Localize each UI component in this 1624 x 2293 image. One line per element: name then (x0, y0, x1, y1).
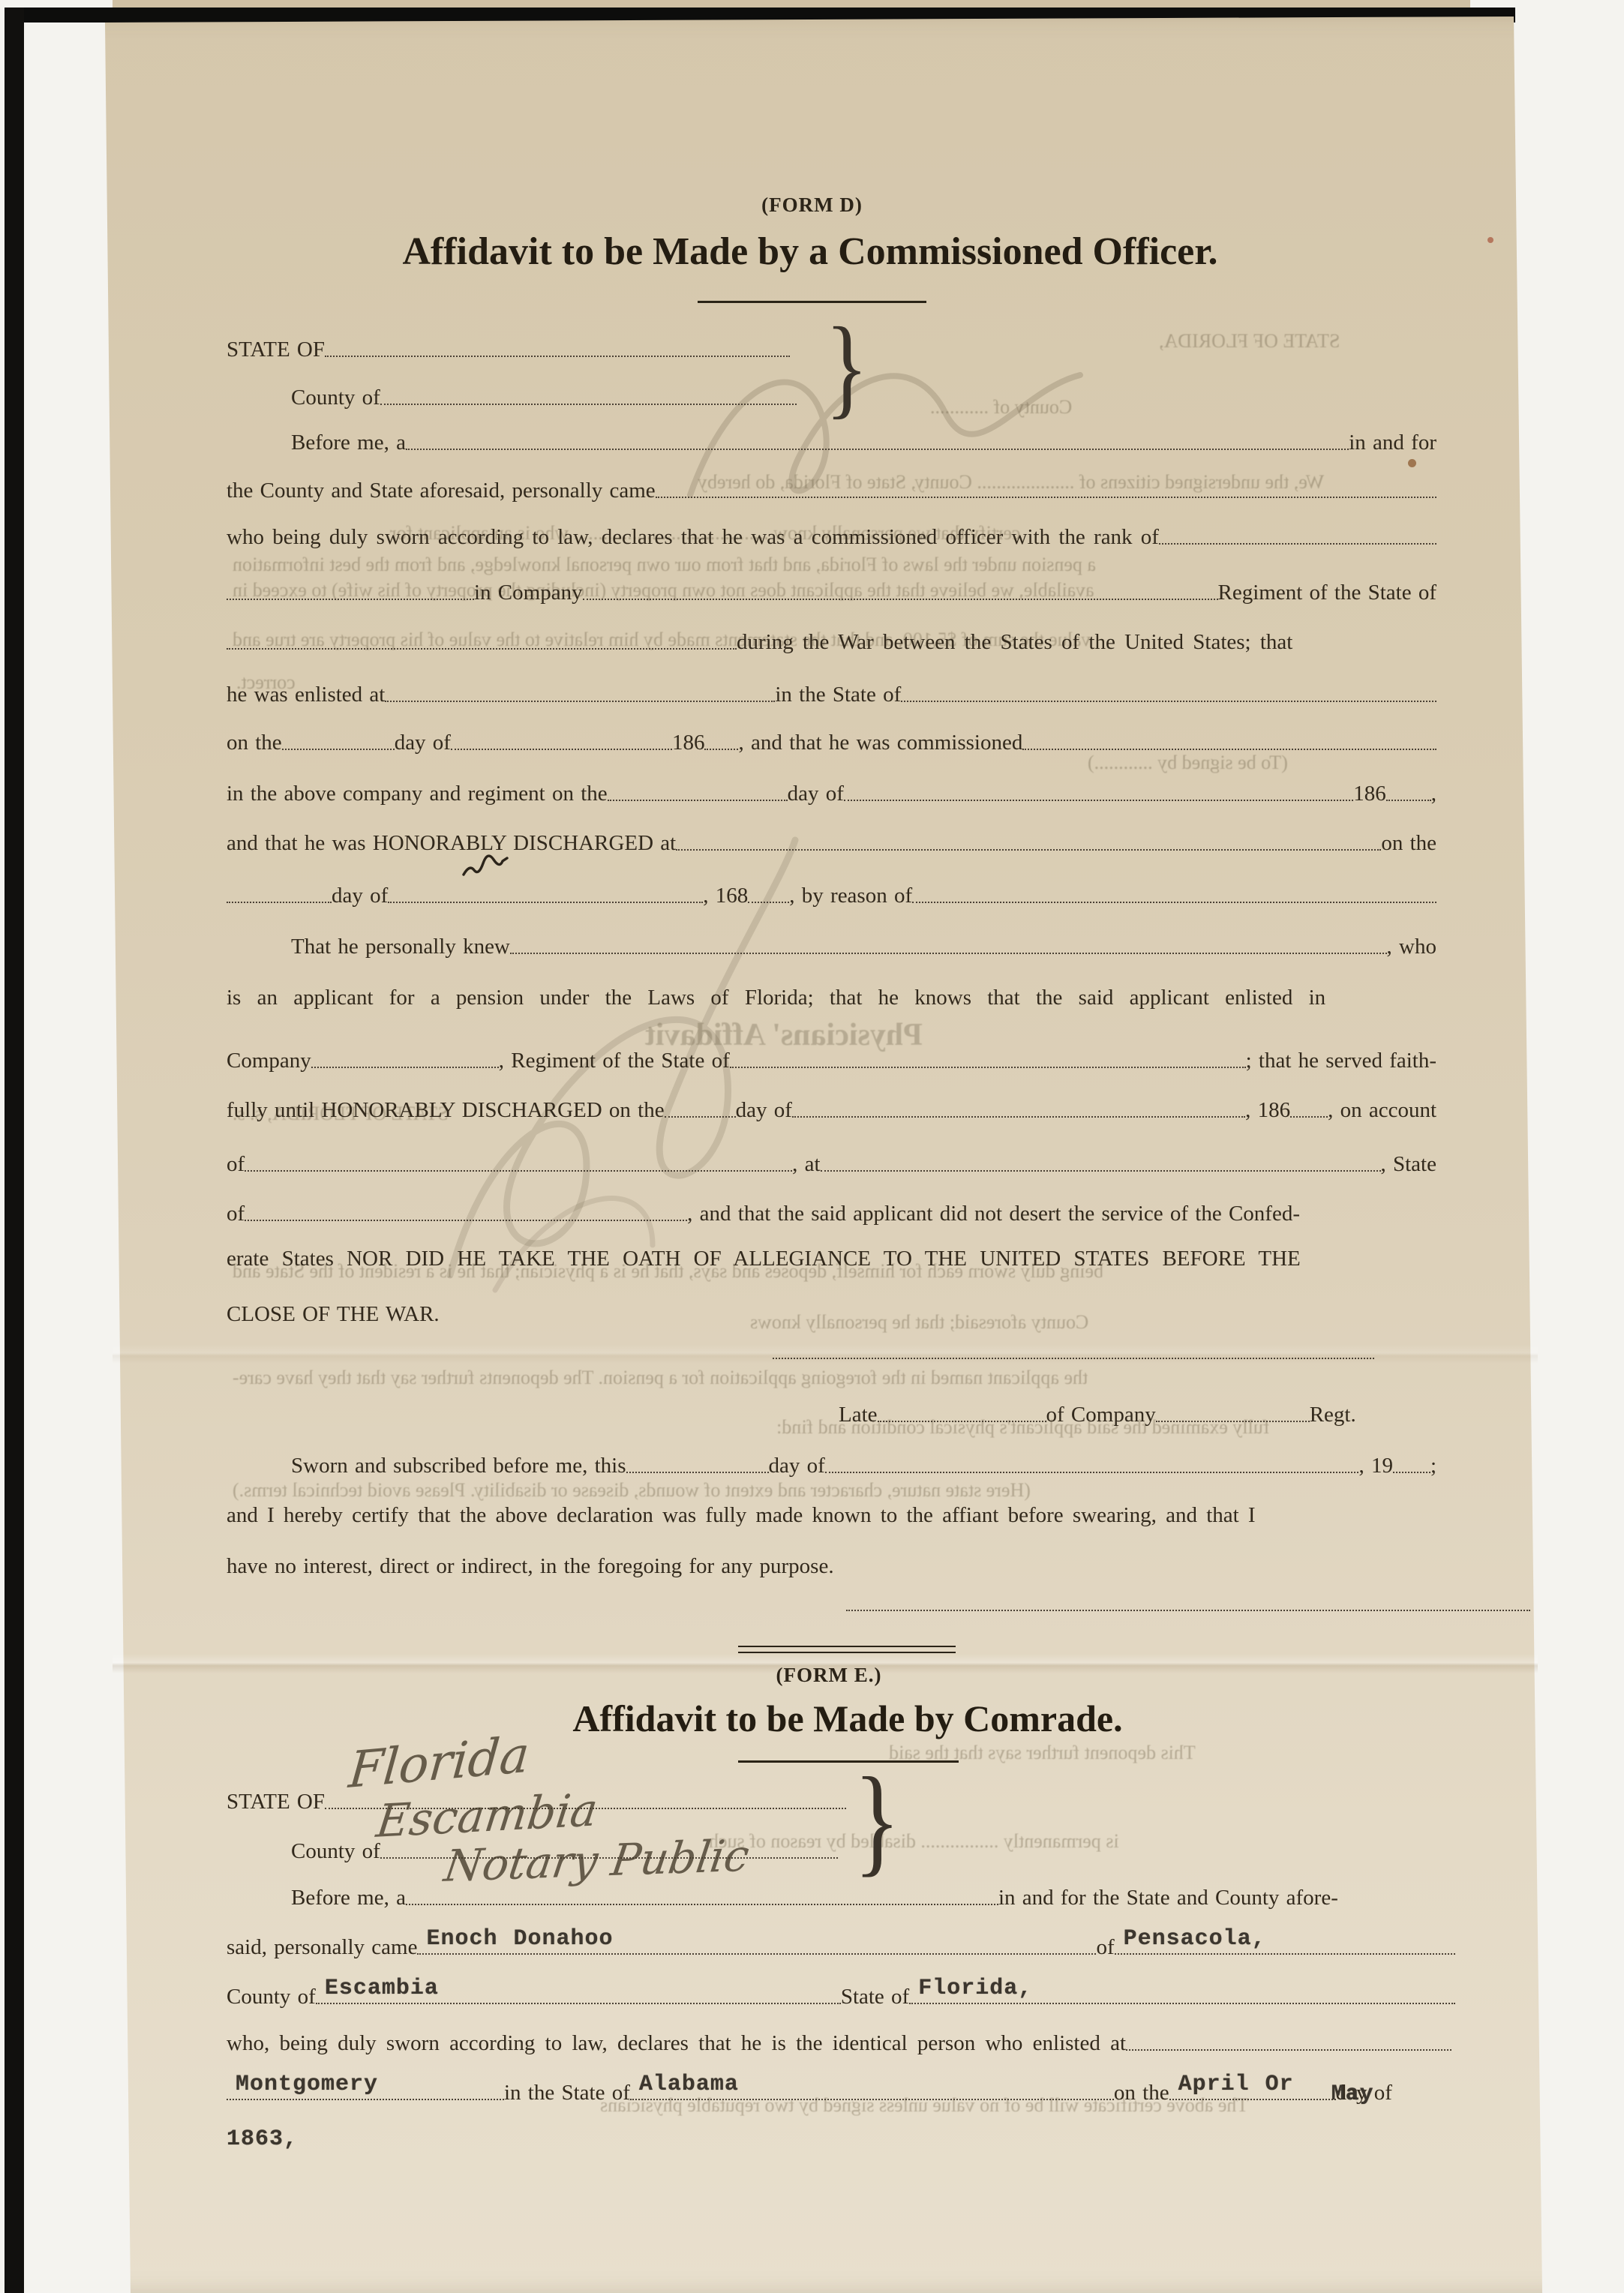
printed-text: and that he was HONORABLY DISCHARGED at (227, 831, 676, 856)
dotted-blank-line (1386, 791, 1431, 801)
printed-text: , and that the said applicant did not de… (687, 1202, 1300, 1226)
dotted-blank-line (227, 590, 474, 600)
paper-stain (1408, 459, 1416, 467)
typewritten-entry: Escambia (325, 1976, 439, 2001)
bleedthrough-text: a pension under the laws of Florida, and… (233, 554, 1096, 576)
dotted-blank-line: Florida, (909, 1994, 1455, 2004)
form-d-title: Affidavit to be Made by a Commissioned O… (0, 230, 1620, 274)
ink-squiggle-mark (462, 854, 510, 879)
form-e-title: Affidavit to be Made by Comrade. (0, 1697, 1624, 1740)
form-line: and that he was HONORABLY DISCHARGED ato… (227, 826, 1436, 856)
dotted-blank-line (583, 590, 1218, 600)
dotted-blank-line (406, 440, 1349, 450)
dotted-blank-line (912, 893, 1436, 903)
printed-text: on the (1114, 2081, 1169, 2105)
printed-text: fully until HONORABLY DISCHARGED on the (227, 1098, 665, 1123)
typewritten-entry-overlap: May (1331, 2081, 1374, 2107)
dotted-blank-line (510, 944, 1387, 954)
typewritten-entry: Pensacola, (1124, 1926, 1266, 1952)
printed-text: , (1431, 782, 1436, 806)
printed-text: on the (1381, 831, 1436, 856)
form-line: Lateof CompanyRegt. (839, 1397, 1356, 1427)
printed-text: in and for (1349, 431, 1436, 455)
brace-form-e: } (854, 1750, 900, 1891)
dotted-blank-line (773, 1349, 1374, 1359)
form-line: and I hereby certify that the above decl… (227, 1498, 1436, 1528)
dotted-blank-line (451, 740, 672, 750)
printed-text: day of (736, 1098, 792, 1123)
printed-text: Sworn and subscribed before me, this (291, 1454, 626, 1478)
dotted-blank-line (325, 347, 790, 357)
form-line: 1863, (227, 2122, 298, 2152)
printed-text: and I hereby certify that the above decl… (227, 1503, 1256, 1528)
section-divider (738, 1652, 956, 1653)
dotted-blank-line (227, 893, 332, 903)
form-line: STATE OF (227, 332, 790, 362)
form-line: Company, Regiment of the State of; that … (227, 1043, 1436, 1073)
printed-text: Before me, a (291, 1886, 406, 1910)
form-line: the County and State aforesaid, personal… (227, 473, 1436, 503)
printed-text: day ofMay (1336, 2081, 1392, 2105)
dotted-blank-line (901, 692, 1436, 702)
form-line: erate States NOR DID HE TAKE THE OATH OF… (227, 1241, 1436, 1271)
form-line: Montgomeryin the State ofAlabamaon theAp… (227, 2075, 1463, 2105)
dotted-blank-line: Pensacola, (1115, 1944, 1455, 1955)
form-line: fully until HONORABLY DISCHARGED on thed… (227, 1093, 1436, 1123)
title-rule (738, 1760, 959, 1763)
form-line: during the War between the States of the… (227, 625, 1436, 655)
printed-text: CLOSE OF THE WAR. (227, 1302, 440, 1327)
dotted-blank-line (656, 488, 1436, 498)
dotted-blank-line (311, 1058, 499, 1068)
printed-text: , by reason of (789, 884, 912, 908)
form-line: on theday of186, and that he was commiss… (227, 725, 1436, 755)
form-line: have no interest, direct or indirect, in… (227, 1549, 834, 1579)
printed-text: ; (1430, 1454, 1436, 1478)
dotted-blank-line (380, 395, 797, 405)
printed-text: of (227, 1152, 245, 1177)
printed-text: , who (1387, 935, 1436, 959)
form-line: who, being duly sworn according to law, … (227, 2026, 1451, 2056)
printed-text: day of (788, 782, 844, 806)
form-line (846, 1586, 1530, 1616)
dotted-blank-line (626, 1463, 769, 1473)
form-line: CLOSE OF THE WAR. (227, 1297, 440, 1327)
printed-text: is an applicant for a pension under the … (227, 986, 1325, 1010)
dotted-blank-line (878, 1412, 1046, 1422)
printed-text: in and for the State and County afore- (998, 1886, 1338, 1910)
dotted-blank-line (676, 840, 1381, 851)
form-line: of, and that the said applicant did not … (227, 1196, 1436, 1226)
printed-text: , and that he was commissioned (738, 731, 1022, 755)
dotted-blank-line (388, 893, 703, 903)
form-line: County of (291, 380, 797, 410)
dotted-blank-line: Montgomery (227, 2090, 504, 2100)
printed-text: in Company (474, 581, 583, 605)
printed-text: 186 (672, 731, 705, 755)
printed-text: , on account (1328, 1098, 1436, 1123)
typewritten-entry: Florida, (918, 1976, 1032, 2001)
form-line: who being duly sworn according to law, d… (227, 520, 1436, 550)
dotted-blank-line (1022, 740, 1436, 750)
form-line: day of, 168, by reason of (227, 878, 1436, 908)
dotted-blank-line (245, 1161, 792, 1172)
printed-text: , Regiment of the State of (499, 1049, 730, 1073)
bleedthrough-text: the applicant named in the foregoing app… (233, 1367, 1088, 1389)
dotted-blank-line: Alabama (630, 2090, 1114, 2100)
printed-text: Regiment of the State of (1218, 581, 1437, 605)
printed-text: , at (792, 1152, 820, 1177)
printed-text: , 19 (1358, 1454, 1393, 1478)
printed-text: in the State of (504, 2081, 630, 2105)
dotted-blank-line (245, 1211, 687, 1221)
form-line: said, personally cameEnoch DonahooofPens… (227, 1930, 1455, 1960)
printed-text: day of (395, 731, 451, 755)
printed-text: day of (332, 884, 388, 908)
printed-text: That he personally knew (291, 935, 510, 959)
printed-text: State of (841, 1985, 909, 2009)
form-line: Sworn and subscribed before me, thisday … (291, 1448, 1436, 1478)
printed-text: who being duly sworn according to law, d… (227, 525, 1159, 550)
bleedthrough-text: STATE OF FLORIDA, (1159, 330, 1340, 353)
dotted-blank-line (1126, 2040, 1451, 2051)
dotted-blank-line: Escambia (316, 1994, 841, 2004)
dotted-blank-line (825, 1463, 1359, 1473)
dotted-blank-line (704, 740, 738, 750)
printed-text: ; that he served faith- (1246, 1049, 1436, 1073)
printed-text: Before me, a (291, 431, 406, 455)
printed-text: County of (291, 1839, 380, 1864)
printed-text: on the (227, 731, 282, 755)
dotted-blank-line (1159, 534, 1436, 545)
title-rule (698, 301, 926, 303)
printed-text: day of (769, 1454, 825, 1478)
dotted-blank-line: April Or (1169, 2090, 1336, 2100)
paper-speck (1487, 237, 1493, 243)
printed-text: the County and State aforesaid, personal… (227, 479, 656, 503)
scanner-frame-left (5, 8, 24, 2293)
typewritten-entry: 1863, (227, 2126, 298, 2152)
printed-text: during the War between the States of the… (737, 630, 1292, 655)
scanned-document: { "scan": { "paper_color": "#d9ccb2", "i… (0, 0, 1624, 2293)
printed-text: in the above company and regiment on the (227, 782, 608, 806)
printed-text: STATE OF (227, 1790, 325, 1814)
printed-text: Company (227, 1049, 311, 1073)
printed-text: 186 (1353, 782, 1386, 806)
form-line: That he personally knew, who (291, 929, 1436, 959)
handwritten-entry: Notary Public (441, 1829, 752, 1892)
dotted-blank-line (282, 740, 395, 750)
dotted-blank-line (385, 692, 775, 702)
typewritten-entry: Alabama (639, 2072, 739, 2097)
printed-text: of Company (1046, 1403, 1156, 1427)
printed-text: erate States NOR DID HE TAKE THE OATH OF… (227, 1247, 1301, 1271)
printed-text: of (1096, 1935, 1114, 1960)
printed-text: County of (291, 386, 380, 410)
printed-text: Late (839, 1403, 878, 1427)
form-line (773, 1334, 1374, 1364)
dotted-blank-line (730, 1058, 1246, 1068)
printed-text: said, personally came (227, 1935, 417, 1960)
form-line: he was enlisted atin the State of (227, 677, 1436, 707)
form-line: in CompanyRegiment of the State of (227, 575, 1436, 605)
typewritten-entry: April Or (1178, 2072, 1294, 2097)
dotted-blank-line (1290, 1107, 1328, 1118)
form-line: County ofEscambiaState ofFlorida, (227, 1979, 1455, 2009)
printed-text: who, being duly sworn according to law, … (227, 2031, 1126, 2056)
dotted-blank-line (844, 791, 1353, 801)
form-e-label: (FORM E.) (0, 1664, 1624, 1687)
printed-text: STATE OF (227, 338, 325, 362)
section-divider (738, 1646, 956, 1647)
dotted-blank-line (406, 1895, 998, 1905)
form-line: of, at, State (227, 1147, 1436, 1177)
dotted-blank-line (821, 1161, 1381, 1172)
printed-text: , State (1381, 1152, 1437, 1177)
printed-text: of (227, 1202, 245, 1226)
form-line: in the above company and regiment on the… (227, 776, 1436, 806)
printed-text: have no interest, direct or indirect, in… (227, 1554, 834, 1579)
brace-form-d: } (825, 302, 869, 432)
printed-text: County of (227, 1985, 316, 2009)
form-line: Before me, ain and for (291, 425, 1436, 455)
dotted-blank-line (227, 639, 737, 650)
printed-text: in the State of (775, 683, 901, 707)
typewritten-entry: Montgomery (236, 2072, 378, 2097)
dotted-blank-line: Enoch Donahoo (417, 1944, 1096, 1955)
dotted-blank-line (748, 893, 789, 903)
form-line: is an applicant for a pension under the … (227, 980, 1436, 1010)
printed-text: he was enlisted at (227, 683, 385, 707)
dotted-blank-line (665, 1107, 736, 1118)
dotted-blank-line (846, 1601, 1530, 1611)
form-d-label: (FORM D) (0, 194, 1624, 217)
dotted-blank-line (1393, 1463, 1430, 1473)
typewritten-entry: Enoch Donahoo (426, 1926, 613, 1952)
printed-text: , 186 (1245, 1098, 1290, 1123)
printed-text: , 168 (703, 884, 748, 908)
printed-text: Regt. (1310, 1403, 1356, 1427)
dotted-blank-line (608, 791, 788, 801)
dotted-blank-line (1156, 1412, 1310, 1422)
dotted-blank-line (792, 1107, 1245, 1118)
